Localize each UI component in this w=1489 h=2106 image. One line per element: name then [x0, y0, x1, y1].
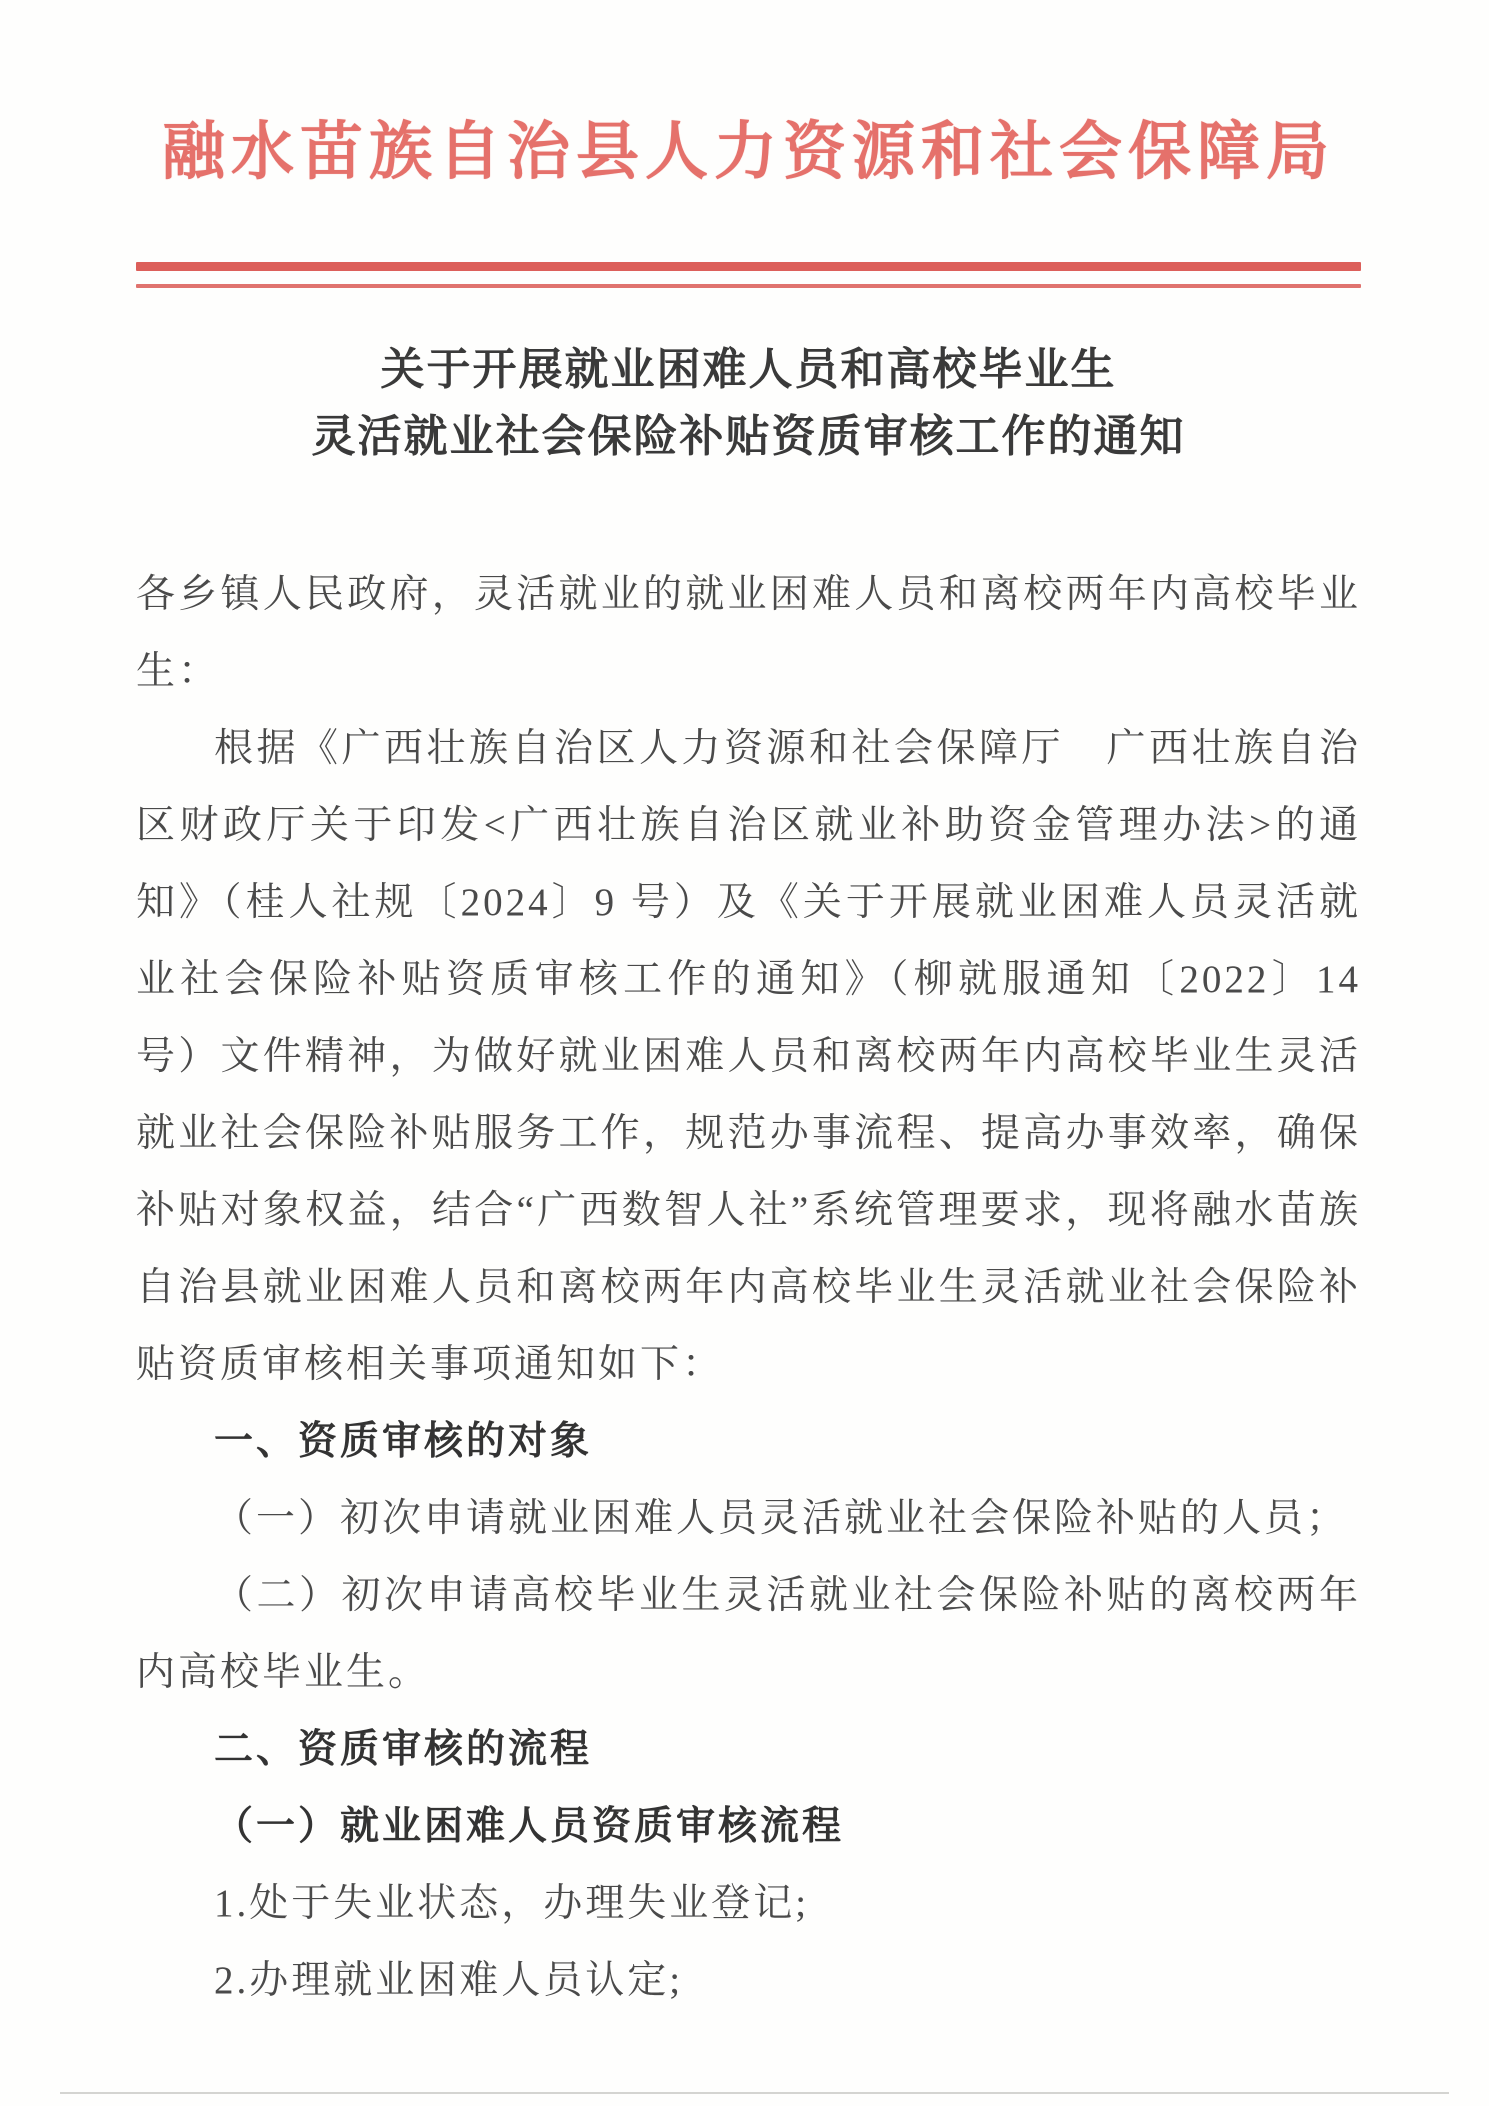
- title-line-1: 关于开展就业困难人员和高校毕业生: [136, 336, 1361, 403]
- salutation-paragraph: 各乡镇人民政府，灵活就业的就业困难人员和离校两年内高校毕业生：: [136, 556, 1361, 710]
- opening-paragraph: 根据《广西壮族自治区人力资源和社会保障厅 广西壮族自治区财政厅关于印发<广西壮族…: [136, 710, 1361, 1403]
- document-title: 关于开展就业困难人员和高校毕业生 灵活就业社会保险补贴资质审核工作的通知: [136, 336, 1361, 470]
- process-step-2: 2.办理就业困难人员认定;: [136, 1942, 1361, 2019]
- document-body: 各乡镇人民政府，灵活就业的就业困难人员和离校两年内高校毕业生： 根据《广西壮族自…: [136, 556, 1361, 2019]
- scan-edge-artifact: [60, 2092, 1449, 2094]
- title-line-2: 灵活就业社会保险补贴资质审核工作的通知: [136, 403, 1361, 470]
- process-step-1: 1.处于失业状态，办理失业登记;: [136, 1865, 1361, 1942]
- section-1-item-2: （二）初次申请高校毕业生灵活就业社会保险补贴的离校两年内高校毕业生。: [136, 1557, 1361, 1711]
- document-content: 融水苗族自治县人力资源和社会保障局 关于开展就业困难人员和高校毕业生 灵活就业社…: [0, 0, 1489, 2019]
- document-page: 融水苗族自治县人力资源和社会保障局 关于开展就业困难人员和高校毕业生 灵活就业社…: [0, 0, 1489, 2106]
- section-2-subheading-1: （一）就业困难人员资质审核流程: [136, 1788, 1361, 1865]
- section-1-item-1: （一）初次申请就业困难人员灵活就业社会保险补贴的人员；: [136, 1480, 1361, 1557]
- section-1-heading: 一、资质审核的对象: [136, 1403, 1361, 1480]
- header-divider: [136, 262, 1361, 288]
- agency-header: 融水苗族自治县人力资源和社会保障局: [136, 104, 1361, 200]
- header-rule-thin: [136, 284, 1361, 288]
- header-rule-thick: [136, 262, 1361, 271]
- section-2-heading: 二、资质审核的流程: [136, 1711, 1361, 1788]
